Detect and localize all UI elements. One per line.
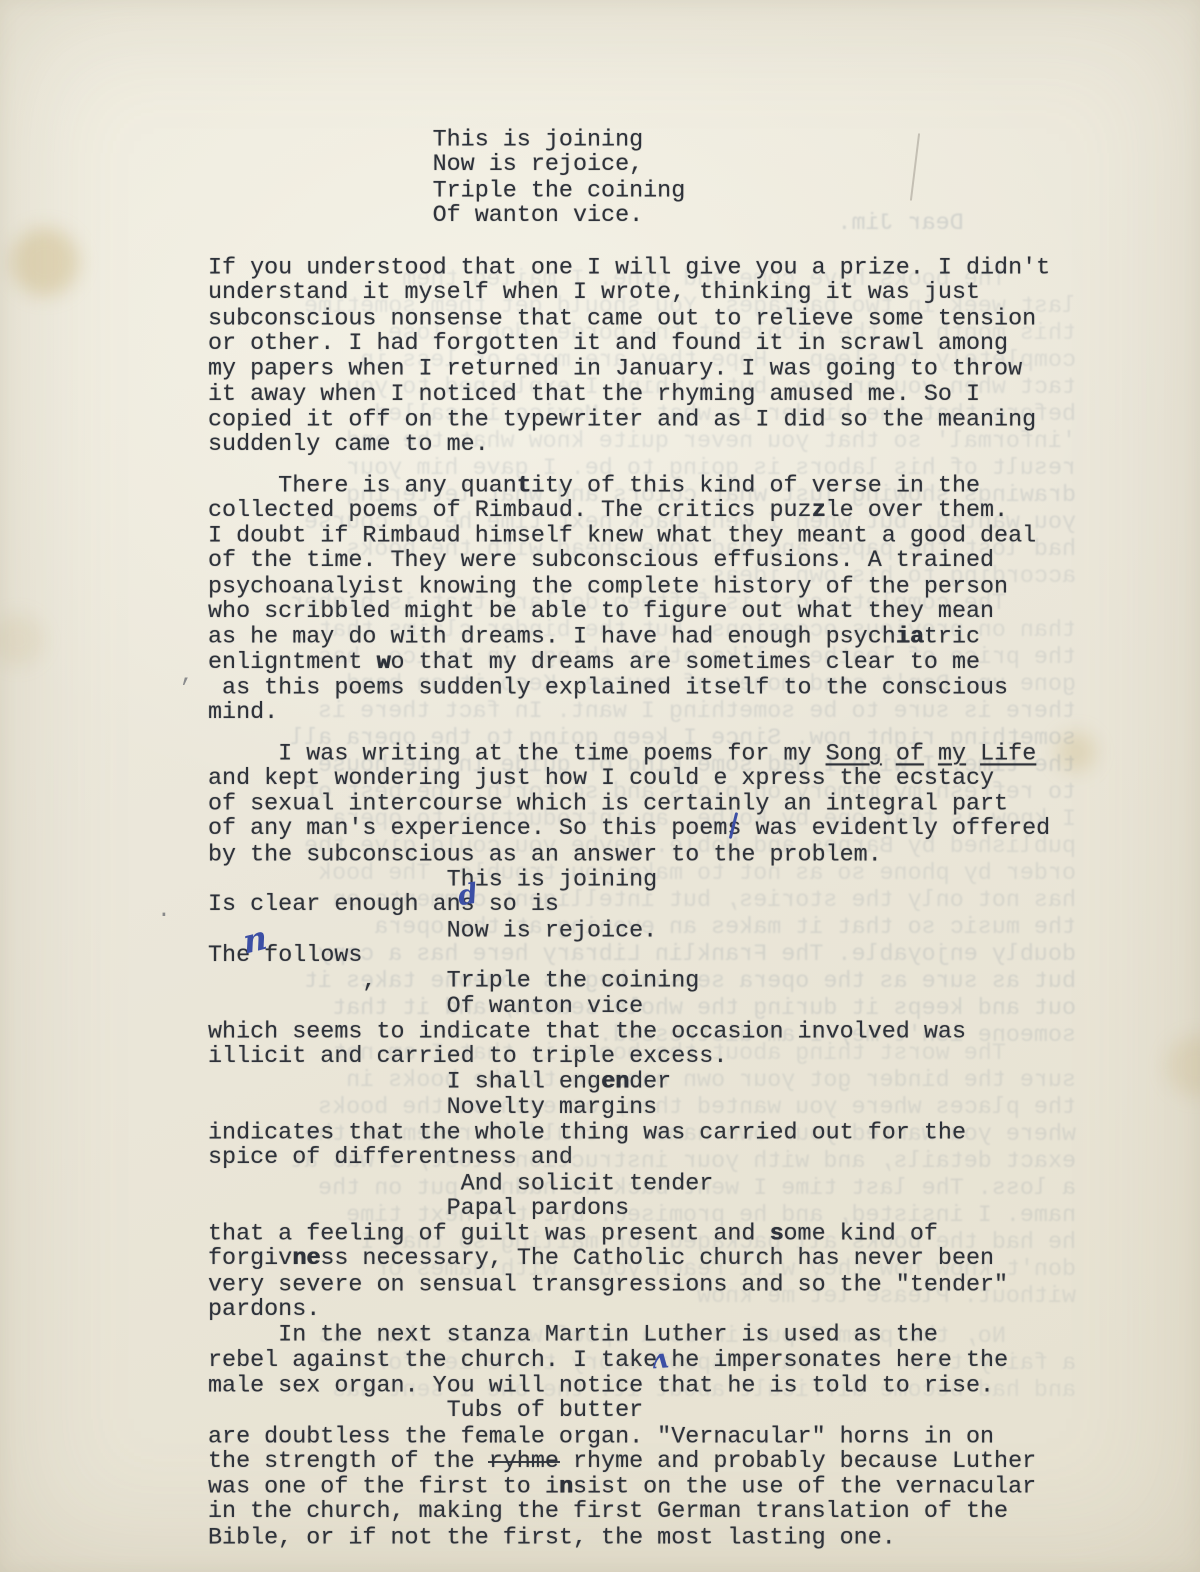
letter-line: This is joining [208,128,1200,153]
letter-line: as he may do with dreams. I have had eno… [208,626,1200,651]
letter-line: by the subconscious as an answer to the … [208,843,1200,868]
letter-line: in the church, making the first German t… [208,1500,1200,1525]
letter-line: that a feeling of guilt was present and … [208,1223,1200,1248]
stray-type-speck: . [157,897,171,923]
letter-line: This is joining [208,868,1200,893]
letter-line: , Triple the coining [208,970,1200,995]
pen-mark-caret: ʌ [651,1346,668,1372]
letter-line: who scribbled might be able to figure ou… [208,600,1200,625]
letter-line: understand it myself when I wrote, think… [208,281,1200,306]
paragraph: If you understood that one I will give y… [208,256,1200,458]
letter-line: psychoanalyist knowing the complete hist… [208,575,1200,600]
letter-line: I doubt if Rimbaud himself knew what the… [208,525,1200,550]
letter-line: Is clear enough ansd so is [208,893,1200,918]
letter-line: the strength of the ryhme rhyme and prob… [208,1450,1200,1475]
letter-line: Tubs of butter [208,1399,1200,1424]
letter-line: suddenly came to me. [208,433,1200,458]
pen-mark-slash [729,813,738,840]
paragraph: This is joining Now is rejoice, Triple t… [208,128,1200,229]
paragraph: This is joiningIs clear enough ansd so i… [208,868,1200,1551]
letter-line: In the next stanza Martin Luther is used… [208,1324,1200,1349]
letter-line: Now is rejoice. [208,919,1200,944]
letter-line: illicit and carried to triple excess. [208,1045,1200,1070]
letter-line: There is any quantity of this kind of ve… [208,474,1200,499]
letter-line: as this poems suddenly explained itself … [208,676,1200,701]
letter-line: And solicit tender [208,1172,1200,1197]
letter-line: male sex organ. You will notice that he … [208,1374,1200,1399]
letter-line: very severe on sensual transgressions an… [208,1273,1200,1298]
letter-line: and kept wondering just how I could e xp… [208,767,1200,792]
document-page: Dear Jim. The books have come and gone. … [0,0,1200,1572]
letter-line: Of wanton vice [208,995,1200,1020]
paragraph: I was writing at the time poems for my S… [208,742,1200,868]
letter-line: of the time. They were subconscious effu… [208,549,1200,574]
letter-body: This is joining Now is rejoice, Triple t… [0,0,1200,1572]
letter-line: indicates that the whole thing was carri… [208,1121,1200,1146]
letter-line: are doubtless the female organ. "Vernacu… [208,1425,1200,1450]
letter-line: If you understood that one I will give y… [208,257,1200,282]
stray-type-speck: , [180,662,194,688]
letter-line: copied it off on the typewriter and as I… [208,408,1200,433]
letter-line: Of wanton vice. [208,204,1200,229]
letter-line: of any man's experience. So this poems w… [208,817,1200,842]
letter-line: rebel against the church. I take ʌhe imp… [208,1349,1200,1374]
letter-line: or other. I had forgotten it and found i… [208,332,1200,357]
letter-line: Novelty margins [208,1096,1200,1121]
letter-line: pardons. [208,1298,1200,1323]
letter-line: spice of differentness and [208,1146,1200,1171]
letter-line: my papers when I returned in January. I … [208,358,1200,383]
letter-line: I was writing at the time poems for my S… [208,742,1200,767]
letter-line: Bible, or if not the first, the most las… [208,1526,1200,1551]
letter-line: of sexual intercourse which is certainly… [208,793,1200,818]
letter-line: Papal pardons [208,1197,1200,1222]
letter-line: mind. [208,701,1200,726]
letter-line: which seems to indicate that the occasio… [208,1020,1200,1045]
letter-line: Triple the coining [208,179,1200,204]
letter-line: it away when I noticed that the rhyming … [208,383,1200,408]
paragraph: There is any quantity of this kind of ve… [208,474,1200,727]
letter-line: was one of the first to insist on the us… [208,1476,1200,1501]
letter-line: Now is rejoice, [208,153,1200,178]
letter-line: forgivness necessary, The Catholic churc… [208,1247,1200,1272]
letter-line: The nfollows [208,944,1200,969]
letter-line: enligntment wo that my dreams are someti… [208,651,1200,676]
letter-line: collected poems of Rimbaud. The critics … [208,499,1200,524]
letter-line: I shall engender [208,1071,1200,1096]
letter-line: subconscious nonsense that came out to r… [208,307,1200,332]
